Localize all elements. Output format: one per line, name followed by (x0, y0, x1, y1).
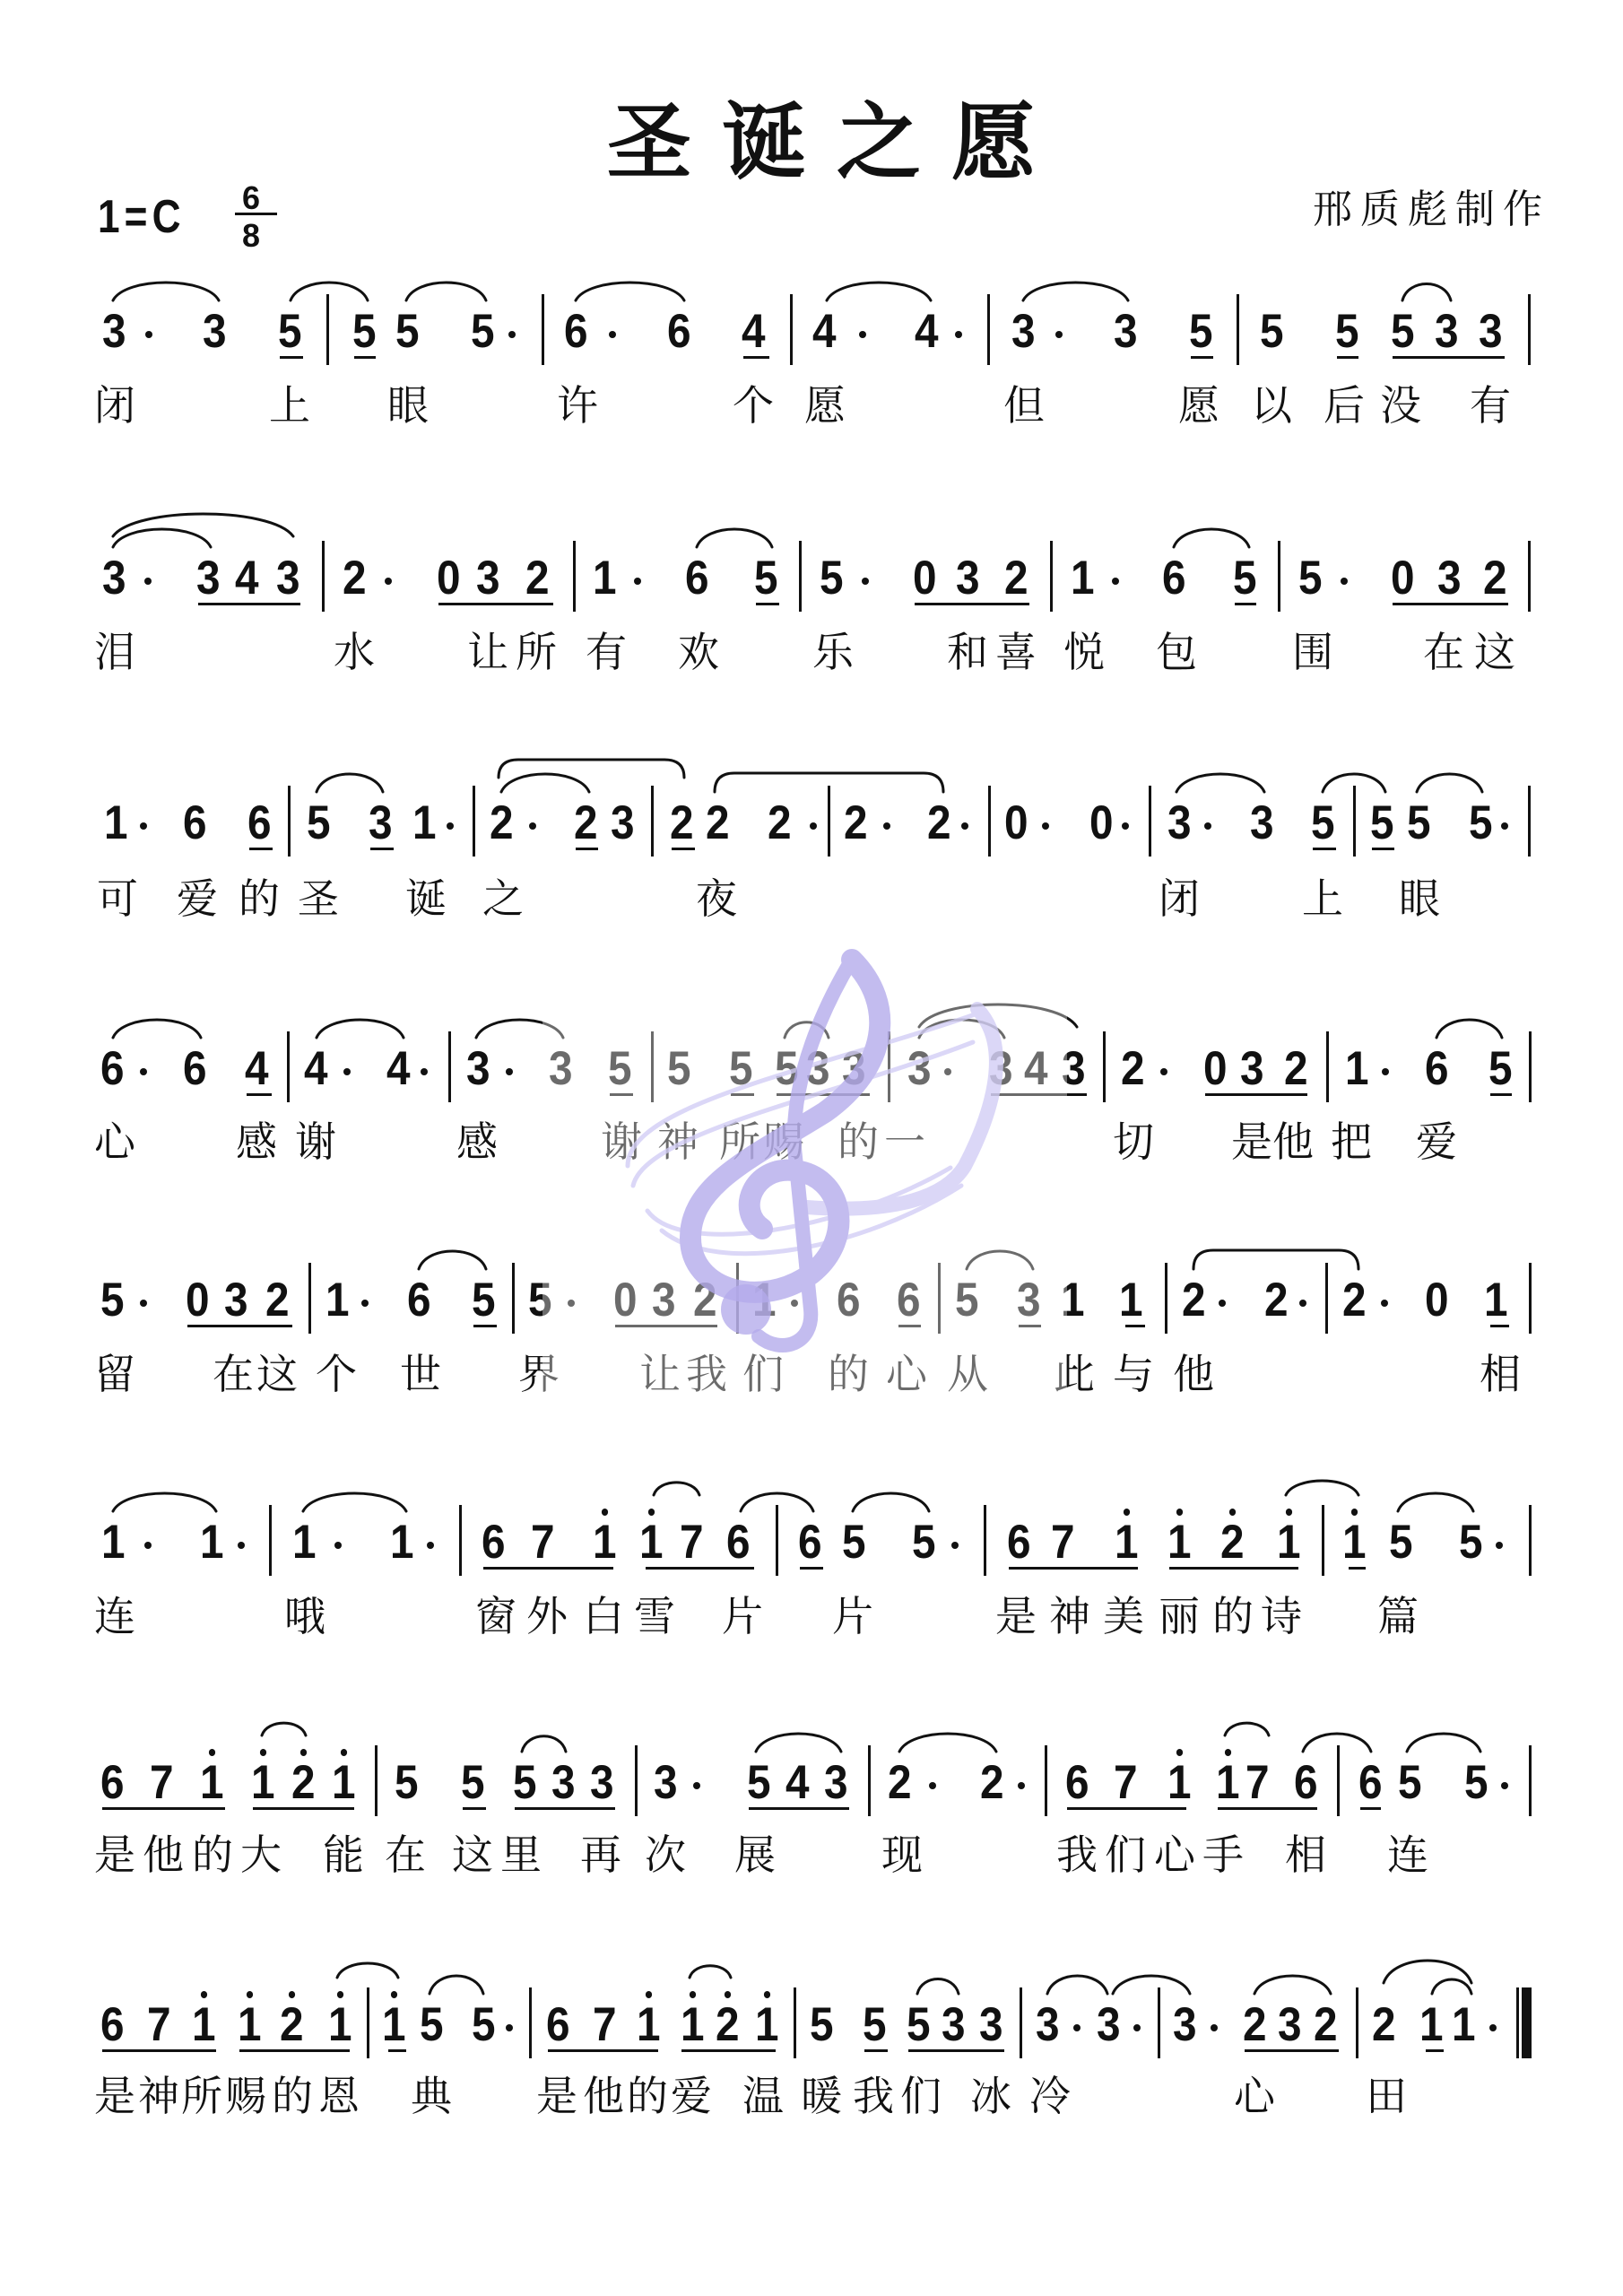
eighth-note-underline (253, 1807, 354, 1810)
eighth-note-underline (915, 603, 1029, 605)
note-digit: 5 (1233, 554, 1257, 602)
note-digit: 2 (844, 799, 868, 847)
eighth-note-underline (1490, 1093, 1512, 1096)
lyric-char: 眼 (387, 385, 429, 426)
note-digit: 0 (1004, 799, 1028, 847)
eighth-note-underline (615, 1325, 717, 1327)
note-digit: 5 (863, 2001, 887, 2048)
lyric-char: 在 (385, 1834, 426, 1875)
note-high-octave: 1 (639, 1518, 664, 1566)
lyric-char: 水 (334, 631, 375, 673)
note-digit: 2 (574, 799, 598, 847)
eighth-note-underline (777, 1093, 870, 1096)
lyric-char: 他 (1272, 1121, 1314, 1162)
note-digit: 2 (1342, 1276, 1367, 1324)
lyric-char: 所 (516, 631, 557, 673)
augmentation-dot (427, 1542, 434, 1549)
augmentation-dot (955, 331, 962, 338)
augmentation-dot (1073, 2024, 1081, 2031)
barline (1326, 1031, 1329, 1102)
note-digit: 5 (907, 2001, 931, 2048)
eighth-note-underline (749, 1807, 849, 1810)
lyric-char: 心 (94, 1121, 135, 1162)
note-digit: 3 (611, 799, 635, 847)
note-digit: 3 (942, 2001, 966, 2048)
author-credit: 邢质彪制作 (1313, 190, 1550, 230)
eighth-note-underline (102, 2049, 216, 2052)
note-digit: 7 (531, 1518, 555, 1566)
lyric-char: 泪 (94, 631, 135, 673)
barline (1529, 1263, 1532, 1334)
slur (1286, 1481, 1358, 1495)
slur (1174, 529, 1249, 547)
barline (651, 786, 654, 857)
note-digit: 1 (1484, 1276, 1508, 1324)
barline (1353, 786, 1356, 857)
slur (317, 1020, 404, 1038)
lyric-char: 后 (1324, 385, 1365, 426)
lyric-char: 个 (733, 385, 774, 426)
augmentation-dot (144, 1542, 152, 1549)
slur (654, 1483, 699, 1495)
lyric-char: 是 (94, 2075, 135, 2117)
note-digit: 5 (1488, 1045, 1513, 1092)
eighth-note-underline (548, 2049, 658, 2052)
note-digit: 4 (304, 1045, 328, 1092)
slur (1023, 283, 1128, 300)
note-high-octave: 2 (716, 2001, 740, 2048)
eighth-note-underline (473, 1325, 497, 1327)
note-digit: 2 (1004, 554, 1028, 602)
eighth-note-underline (1313, 848, 1336, 850)
eighth-note-underline (681, 2049, 776, 2052)
note-digit: 6 (1007, 1518, 1031, 1566)
note-digit: 5 (1389, 1518, 1413, 1566)
slur (690, 1966, 731, 1978)
note-digit: 6 (407, 1276, 431, 1324)
barline (287, 1031, 290, 1102)
note-digit: 3 (1011, 308, 1036, 355)
note-digit: 4 (1024, 1045, 1048, 1092)
lyric-char: 大 (240, 1834, 282, 1875)
augmentation-dot (1160, 1068, 1167, 1075)
note-digit: 5 (1335, 308, 1359, 355)
slur (303, 1493, 406, 1511)
lyric-char: 神 (138, 2075, 179, 2117)
note-digit: 3 (1479, 308, 1503, 355)
augmentation-dot (508, 331, 516, 338)
score-row: 3355556644433555533闭上眼许个愿但愿以后没有 (0, 260, 1623, 439)
lyric-char: 诞 (405, 878, 447, 919)
augmentation-dot (506, 1068, 513, 1075)
slur (419, 1251, 486, 1269)
note-digit: 2 (1121, 1045, 1145, 1092)
note-digit: 5 (472, 1276, 496, 1324)
note-digit: 0 (1089, 799, 1114, 847)
note-digit: 2 (490, 799, 514, 847)
note-digit: 4 (915, 308, 939, 355)
lyric-char: 上 (269, 385, 310, 426)
note-digit: 5 (912, 1518, 936, 1566)
augmentation-dot (144, 578, 152, 585)
note-digit: 3 (369, 799, 393, 847)
barline (326, 294, 329, 365)
lyric-char: 的 (627, 2075, 668, 2117)
eighth-note-underline (1426, 2049, 1444, 2052)
note-digit: 3 (466, 1045, 490, 1092)
eighth-note-underline (1235, 603, 1256, 605)
barline (1529, 1505, 1532, 1576)
note-high-octave: 1 (251, 1759, 275, 1806)
augmentation-dot (1299, 1300, 1306, 1307)
eighth-note-underline (1205, 1093, 1307, 1096)
note-digit: 2 (980, 1759, 1004, 1806)
lyric-char: 能 (323, 1834, 364, 1875)
score-row: 664443355553333432032165心感谢感谢神所赐的一切是他把爱 (0, 997, 1623, 1177)
score-row: 67112115567112155533333232211是神所赐的恩典是他的爱… (0, 1953, 1623, 2133)
augmentation-dot (140, 1068, 147, 1075)
lyric-char: 闭 (1159, 878, 1200, 919)
note-digit: 7 (147, 2001, 171, 2048)
lyric-char: 此 (1054, 1353, 1095, 1395)
eighth-note-underline (1169, 1567, 1298, 1570)
slur (697, 529, 772, 547)
barline (1158, 1987, 1160, 2058)
barline (1103, 1031, 1106, 1102)
slur (501, 774, 589, 792)
augmentation-dot (421, 1068, 428, 1075)
barline (868, 1745, 871, 1816)
lyric-char: 愿 (1178, 385, 1219, 426)
slur (853, 1493, 929, 1511)
lyric-char: 圣 (298, 878, 339, 919)
slur (785, 1022, 829, 1038)
lyric-char: 让 (639, 1353, 681, 1395)
note-digit: 7 (1245, 1759, 1270, 1806)
note-digit: 5 (747, 1759, 771, 1806)
score-row: 3343203216550321655032泪水让所有欢乐和喜悦包围在这 (0, 507, 1623, 686)
eighth-note-underline (1490, 1325, 1509, 1327)
note-digit: 1 (412, 799, 437, 847)
note-digit: 2 (343, 554, 367, 602)
note-digit: 4 (386, 1045, 411, 1092)
slur (1436, 1020, 1502, 1038)
lyric-char: 再 (580, 1834, 621, 1875)
augmentation-dot (334, 1542, 342, 1549)
note-digit: 7 (1051, 1518, 1075, 1566)
note-high-octave: 1 (328, 2001, 352, 2048)
eighth-note-underline (800, 1567, 823, 1570)
lyric-char: 心 (1234, 2075, 1275, 2117)
lyric-char: 让 (467, 631, 508, 673)
barline (1528, 541, 1531, 612)
lyric-char: 白 (583, 1596, 624, 1637)
augmentation-dot (506, 2024, 513, 2031)
note-digit: 2 (1284, 1045, 1308, 1092)
barline (1529, 1031, 1532, 1102)
augmentation-dot (961, 822, 968, 830)
score-row: 1665312232222200335555可爱的圣诞之夜闭上眼 (0, 752, 1623, 931)
lyric-char: 可 (97, 878, 138, 919)
barline (1278, 541, 1280, 612)
barline (288, 786, 291, 857)
note-digit: 3 (956, 554, 980, 602)
note-digit: 3 (1062, 1045, 1086, 1092)
lyric-char: 窗 (475, 1596, 516, 1637)
note-digit: 5 (842, 1518, 866, 1566)
slur (576, 283, 684, 300)
note-digit: 3 (842, 1045, 866, 1092)
note-digit: 6 (183, 799, 207, 847)
eighth-note-underline (731, 1093, 754, 1096)
lyric-char: 相 (1285, 1834, 1326, 1875)
augmentation-dot (145, 331, 152, 338)
barline (1045, 1745, 1047, 1816)
note-digit: 6 (564, 308, 588, 355)
lyric-char: 温 (742, 2075, 784, 2117)
augmentation-dot (862, 578, 869, 585)
lyric-char: 这 (256, 1353, 298, 1395)
note-digit: 5 (461, 1759, 485, 1806)
barline (269, 1505, 272, 1576)
augmentation-dot (1501, 1782, 1508, 1789)
note-high-octave: 1 (1167, 1759, 1192, 1806)
note-digit: 5 (278, 308, 302, 355)
lyric-char: 是 (94, 1834, 135, 1875)
note-digit: 2 (693, 1276, 717, 1324)
lyric-char: 谢 (601, 1121, 642, 1162)
barline (1322, 1505, 1324, 1576)
note-digit: 7 (593, 2001, 617, 2048)
lyric-char: 欢 (678, 631, 719, 673)
lyric-char: 恩 (318, 2075, 360, 2117)
lyric-char: 我 (686, 1353, 727, 1395)
note-digit: 1 (325, 1276, 350, 1324)
note-high-octave: 2 (280, 2001, 304, 2048)
barline (459, 1505, 462, 1576)
lyric-char: 闭 (94, 385, 135, 426)
slur (337, 1963, 398, 1978)
note-digit: 3 (224, 1276, 248, 1324)
score-row: 1111671176655671121155连哦窗外白雪片片是神美丽的诗篇 (0, 1471, 1623, 1650)
note-digit: 6 (100, 1045, 125, 1092)
note-digit: 4 (812, 308, 837, 355)
eighth-note-underline (370, 848, 394, 850)
lyric-char: 展 (734, 1834, 776, 1875)
note-digit: 3 (806, 1045, 830, 1092)
eighth-note-underline (1218, 1807, 1317, 1810)
key-label: 1=C (98, 194, 186, 240)
augmentation-dot (1122, 822, 1129, 830)
lyric-char: 诗 (1261, 1596, 1302, 1637)
note-digit: 1 (101, 1518, 126, 1566)
note-digit: 5 (528, 1276, 552, 1324)
lyric-char: 我 (853, 2075, 894, 2117)
note-high-octave: 1 (1277, 1518, 1301, 1566)
lyric-char: 丽 (1159, 1596, 1200, 1637)
note-digit: 5 (955, 1276, 979, 1324)
note-digit: 7 (150, 1759, 174, 1806)
lyric-char: 喜 (995, 631, 1037, 673)
eighth-note-underline (1245, 2049, 1339, 2052)
note-digit: 1 (752, 1276, 777, 1324)
eighth-note-underline (1125, 1325, 1145, 1327)
lyric-char: 这 (1474, 631, 1515, 673)
note-digit: 5 (1311, 799, 1335, 847)
note-high-octave: 1 (332, 1759, 356, 1806)
note-digit: 3 (654, 1759, 678, 1806)
note-digit: 6 (482, 1518, 506, 1566)
lyric-char: 美 (1103, 1596, 1144, 1637)
note-digit: 3 (196, 554, 221, 602)
note-digit: 6 (1358, 1759, 1383, 1806)
note-high-octave: 1 (1167, 1518, 1192, 1566)
slur (406, 283, 486, 300)
slur (1398, 1493, 1473, 1511)
eighth-note-underline (483, 1567, 613, 1570)
augmentation-dot (343, 1068, 351, 1075)
barline (776, 1505, 778, 1576)
slur (113, 1020, 201, 1038)
note-digit: 1 (390, 1518, 414, 1566)
augmentation-dot (529, 822, 536, 830)
lyric-char: 心 (1154, 1834, 1195, 1875)
time-signature-divider (235, 213, 277, 215)
note-digit: 5 (1398, 1759, 1422, 1806)
augmentation-dot (693, 1782, 700, 1789)
note-digit: 4 (245, 1045, 269, 1092)
barline (790, 294, 793, 365)
slur (262, 1723, 306, 1735)
eighth-note-underline (898, 1325, 921, 1327)
lyric-char: 心 (886, 1353, 927, 1395)
slur (113, 529, 211, 547)
note-digit: 3 (1097, 2001, 1121, 2048)
augmentation-dot (634, 578, 641, 585)
note-digit: 6 (837, 1276, 861, 1324)
lyric-char: 赐 (225, 2075, 266, 2117)
eighth-note-underline (187, 1325, 292, 1327)
note-digit: 6 (100, 2001, 125, 2048)
note-digit: 5 (820, 554, 844, 602)
lyric-char: 冷 (1029, 2075, 1071, 2117)
lyric-char: 的 (1212, 1596, 1254, 1637)
note-digit: 3 (1173, 2001, 1197, 2048)
augmentation-dot (944, 1068, 951, 1075)
lyric-char: 爱 (1416, 1121, 1457, 1162)
augmentation-dot (1489, 2024, 1497, 2031)
note-digit: 5 (472, 2001, 496, 2048)
note-high-octave: 1 (681, 2001, 705, 2048)
augmentation-dot (1381, 1300, 1388, 1307)
note-digit: 3 (1167, 799, 1192, 847)
note-digit: 6 (546, 2001, 570, 2048)
note-digit: 3 (1114, 308, 1138, 355)
note-digit: 3 (989, 1045, 1013, 1092)
lyric-char: 之 (482, 878, 524, 919)
eighth-note-underline (1349, 1567, 1366, 1570)
eighth-note-underline (864, 2049, 888, 2052)
note-digit: 6 (247, 799, 272, 847)
note-digit: 3 (1240, 1045, 1264, 1092)
eighth-note-underline (198, 603, 300, 605)
note-digit: 0 (437, 554, 461, 602)
lyric-char: 以 (1251, 385, 1292, 426)
note-digit: 5 (395, 308, 420, 355)
slur (113, 1493, 216, 1511)
slur (1402, 284, 1451, 301)
augmentation-dot (883, 822, 890, 830)
slur (919, 1004, 1077, 1027)
note-digit: 3 (549, 1045, 573, 1092)
lyric-char: 的 (192, 1834, 233, 1875)
lyric-char: 次 (645, 1834, 686, 1875)
lyric-char: 神 (657, 1121, 699, 1162)
note-digit: 1 (1419, 2001, 1444, 2048)
barline (984, 1505, 986, 1576)
augmentation-dot (609, 331, 616, 338)
eighth-note-underline (463, 1807, 486, 1810)
note-digit: 0 (1425, 1276, 1449, 1324)
lyric-char: 的 (838, 1121, 879, 1162)
augmentation-dot (1055, 331, 1063, 338)
barline (1149, 786, 1151, 857)
note-digit: 6 (798, 1518, 822, 1566)
lyric-char: 世 (400, 1353, 441, 1395)
slur (1176, 774, 1264, 792)
note-digit: 6 (1294, 1759, 1318, 1806)
barline (828, 786, 830, 857)
note-digit: 0 (613, 1276, 638, 1324)
lyric-char: 田 (1366, 2075, 1407, 2117)
note-digit: 3 (551, 1759, 576, 1806)
augmentation-dot (568, 1300, 575, 1307)
note-digit: 6 (1065, 1759, 1089, 1806)
note-digit: 3 (1435, 308, 1459, 355)
barline (542, 294, 544, 365)
lyric-char: 在 (1423, 631, 1464, 673)
note-digit: 5 (1189, 308, 1213, 355)
lyric-char: 外 (526, 1596, 568, 1637)
note-digit: 5 (1260, 308, 1284, 355)
note-digit: 1 (1061, 1276, 1085, 1324)
note-digit: 5 (1469, 799, 1493, 847)
lyric-char: 我 (1056, 1834, 1098, 1875)
lyric-char: 们 (900, 2075, 942, 2117)
note-high-octave: 1 (755, 2001, 779, 2048)
augmentation-dot (1204, 822, 1211, 830)
barline (1356, 1987, 1358, 2058)
note-digit: 5 (1407, 799, 1431, 847)
note-digit: 5 (352, 308, 377, 355)
lyric-char: 篇 (1377, 1596, 1419, 1637)
lyric-char: 乐 (812, 631, 854, 673)
slur (476, 1020, 563, 1038)
barline (573, 541, 576, 612)
lyric-char: 是 (995, 1596, 1037, 1637)
note-high-octave: 1 (200, 1759, 224, 1806)
eighth-note-underline (515, 1807, 615, 1810)
note-digit: 1 (104, 799, 128, 847)
note-digit: 6 (685, 554, 709, 602)
note-high-octave: 1 (192, 2001, 216, 2048)
eighth-note-underline (576, 848, 598, 850)
note-digit: 1 (1345, 1045, 1369, 1092)
note-digit: 3 (1017, 1276, 1041, 1324)
lyric-char: 暖 (801, 2075, 842, 2117)
lyric-char: 与 (1113, 1353, 1154, 1395)
note-digit: 5 (420, 2001, 444, 2048)
